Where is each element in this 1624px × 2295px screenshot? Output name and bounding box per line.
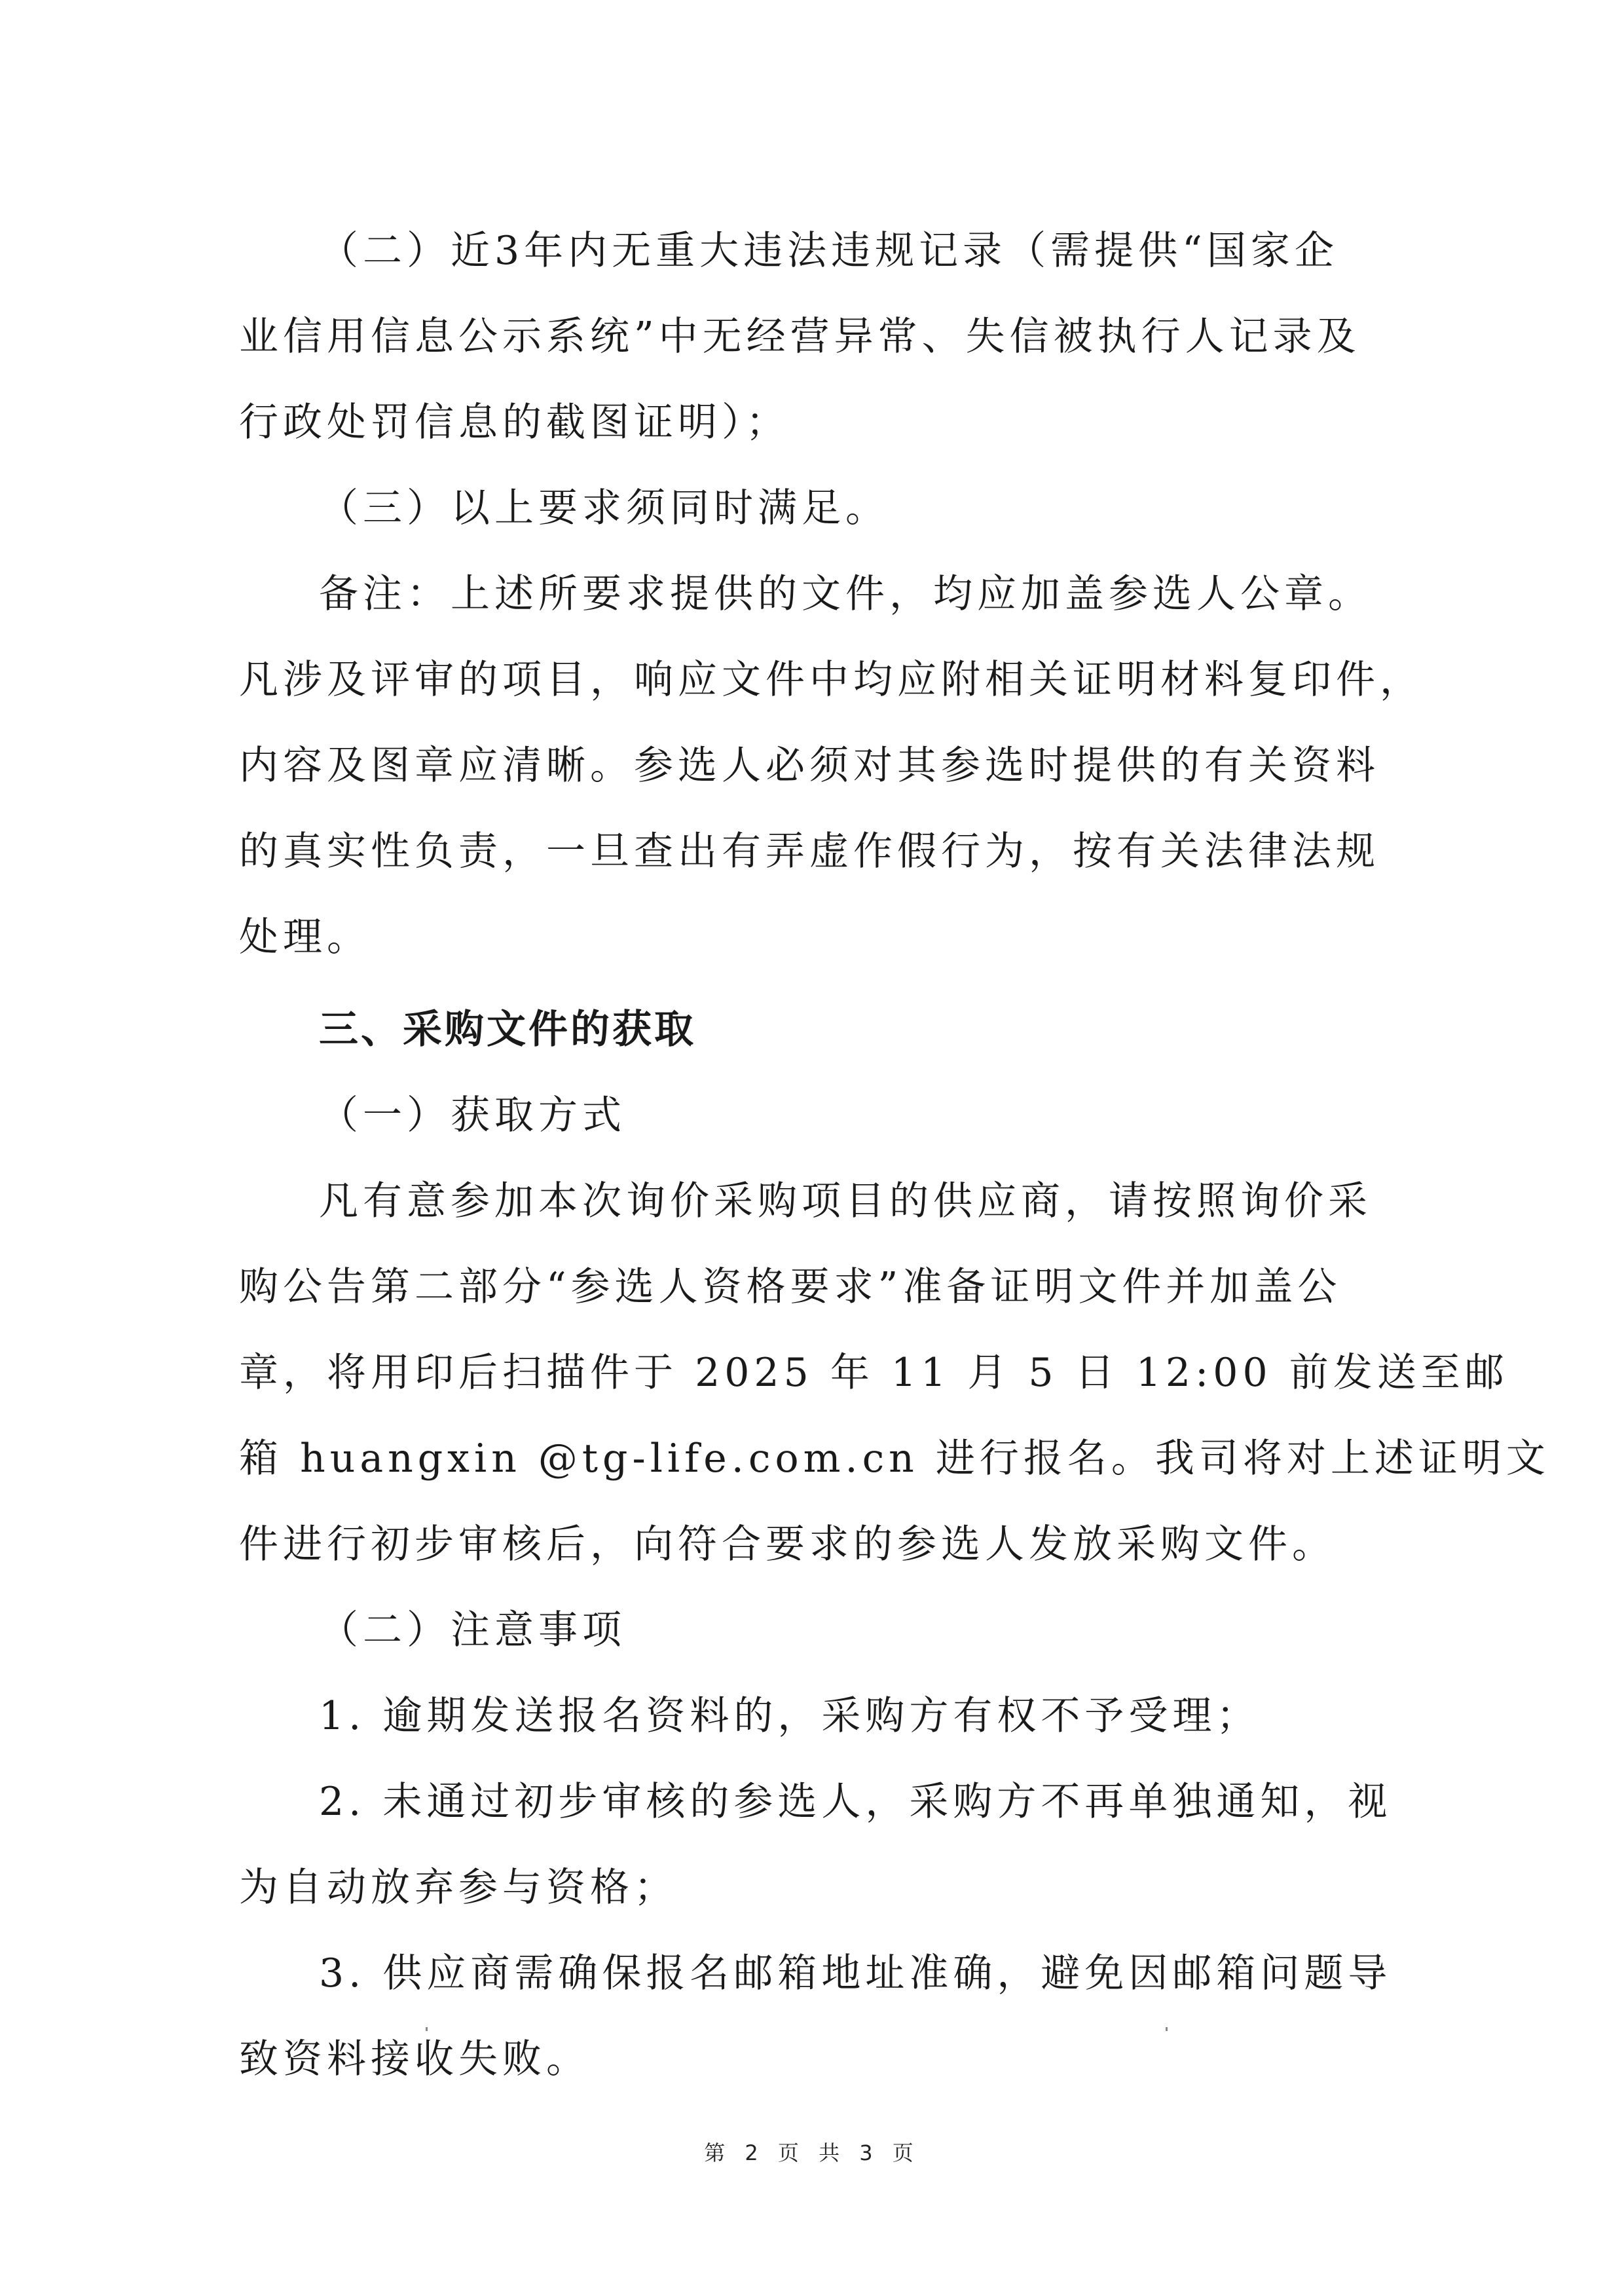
text-line: 行政处罚信息的截图证明）； <box>239 380 1352 466</box>
text-line: 处理。 <box>239 895 1352 980</box>
text-line: 的真实性负责，一旦查出有弄虚作假行为，按有关法律法规 <box>239 809 1352 895</box>
text-line: 1. 逾期发送报名资料的，采购方有权不予受理； <box>239 1673 1352 1759</box>
remarks-paragraph: 备注：上述所要求提供的文件，均应加盖参选人公章。 凡涉及评审的项目，响应文件中均… <box>239 551 1352 980</box>
scan-artifact <box>1166 2027 1168 2031</box>
text-line: 为自动放弃参与资格； <box>239 1845 1352 1931</box>
subsection-heading: （二）注意事项 <box>239 1588 1352 1673</box>
text-line: 备注：上述所要求提供的文件，均应加盖参选人公章。 <box>239 551 1352 637</box>
text-line: 内容及图章应清晰。参选人必须对其参选时提供的有关资料 <box>239 723 1352 809</box>
text-line: 凡涉及评审的项目，响应文件中均应附相关证明材料复印件， <box>239 637 1352 723</box>
qualification-item-2: （二）近3年内无重大违法违规记录（需提供“国家企 业信用信息公示系统”中无经营异… <box>239 208 1352 466</box>
notice-item-3: 3. 供应商需确保报名邮箱地址准确，避免因邮箱问题导 致资料接收失败。 <box>239 1931 1352 2102</box>
notice-item-2: 2. 未通过初步审核的参选人，采购方不再单独通知，视 为自动放弃参与资格； <box>239 1759 1352 1931</box>
page-number-footer: 第 2 页 共 3 页 <box>0 2136 1624 2167</box>
text-line: 箱 huangxin @tg-life.com.cn 进行报名。我司将对上述证明… <box>239 1416 1352 1502</box>
text-line: 2. 未通过初步审核的参选人，采购方不再单独通知，视 <box>239 1759 1352 1845</box>
text-line: 购公告第二部分“参选人资格要求”准备证明文件并加盖公 <box>239 1244 1352 1330</box>
document-page: （二）近3年内无重大违法违规记录（需提供“国家企 业信用信息公示系统”中无经营异… <box>239 208 1352 2102</box>
subsection-heading: （一）获取方式 <box>239 1073 1352 1159</box>
text-line: （三）以上要求须同时满足。 <box>239 466 1352 551</box>
text-line: 件进行初步审核后，向符合要求的参选人发放采购文件。 <box>239 1502 1352 1588</box>
text-line: 业信用信息公示系统”中无经营异常、失信被执行人记录及 <box>239 294 1352 380</box>
acquisition-method-paragraph: 凡有意参加本次询价采购项目的供应商，请按照询价采 购公告第二部分“参选人资格要求… <box>239 1159 1352 1588</box>
text-line: （二）近3年内无重大违法违规记录（需提供“国家企 <box>239 208 1352 294</box>
section-heading: 三、采购文件的获取 <box>239 987 1352 1073</box>
text-line: 致资料接收失败。 <box>239 2017 1352 2102</box>
text-line: 3. 供应商需确保报名邮箱地址准确，避免因邮箱问题导 <box>239 1931 1352 2017</box>
notice-item-1: 1. 逾期发送报名资料的，采购方有权不予受理； <box>239 1673 1352 1759</box>
qualification-item-3: （三）以上要求须同时满足。 <box>239 466 1352 551</box>
scan-artifact <box>426 2027 428 2031</box>
text-line: 凡有意参加本次询价采购项目的供应商，请按照询价采 <box>239 1159 1352 1244</box>
text-line: 章，将用印后扫描件于 2025 年 11 月 5 日 12:00 前发送至邮 <box>239 1330 1352 1416</box>
